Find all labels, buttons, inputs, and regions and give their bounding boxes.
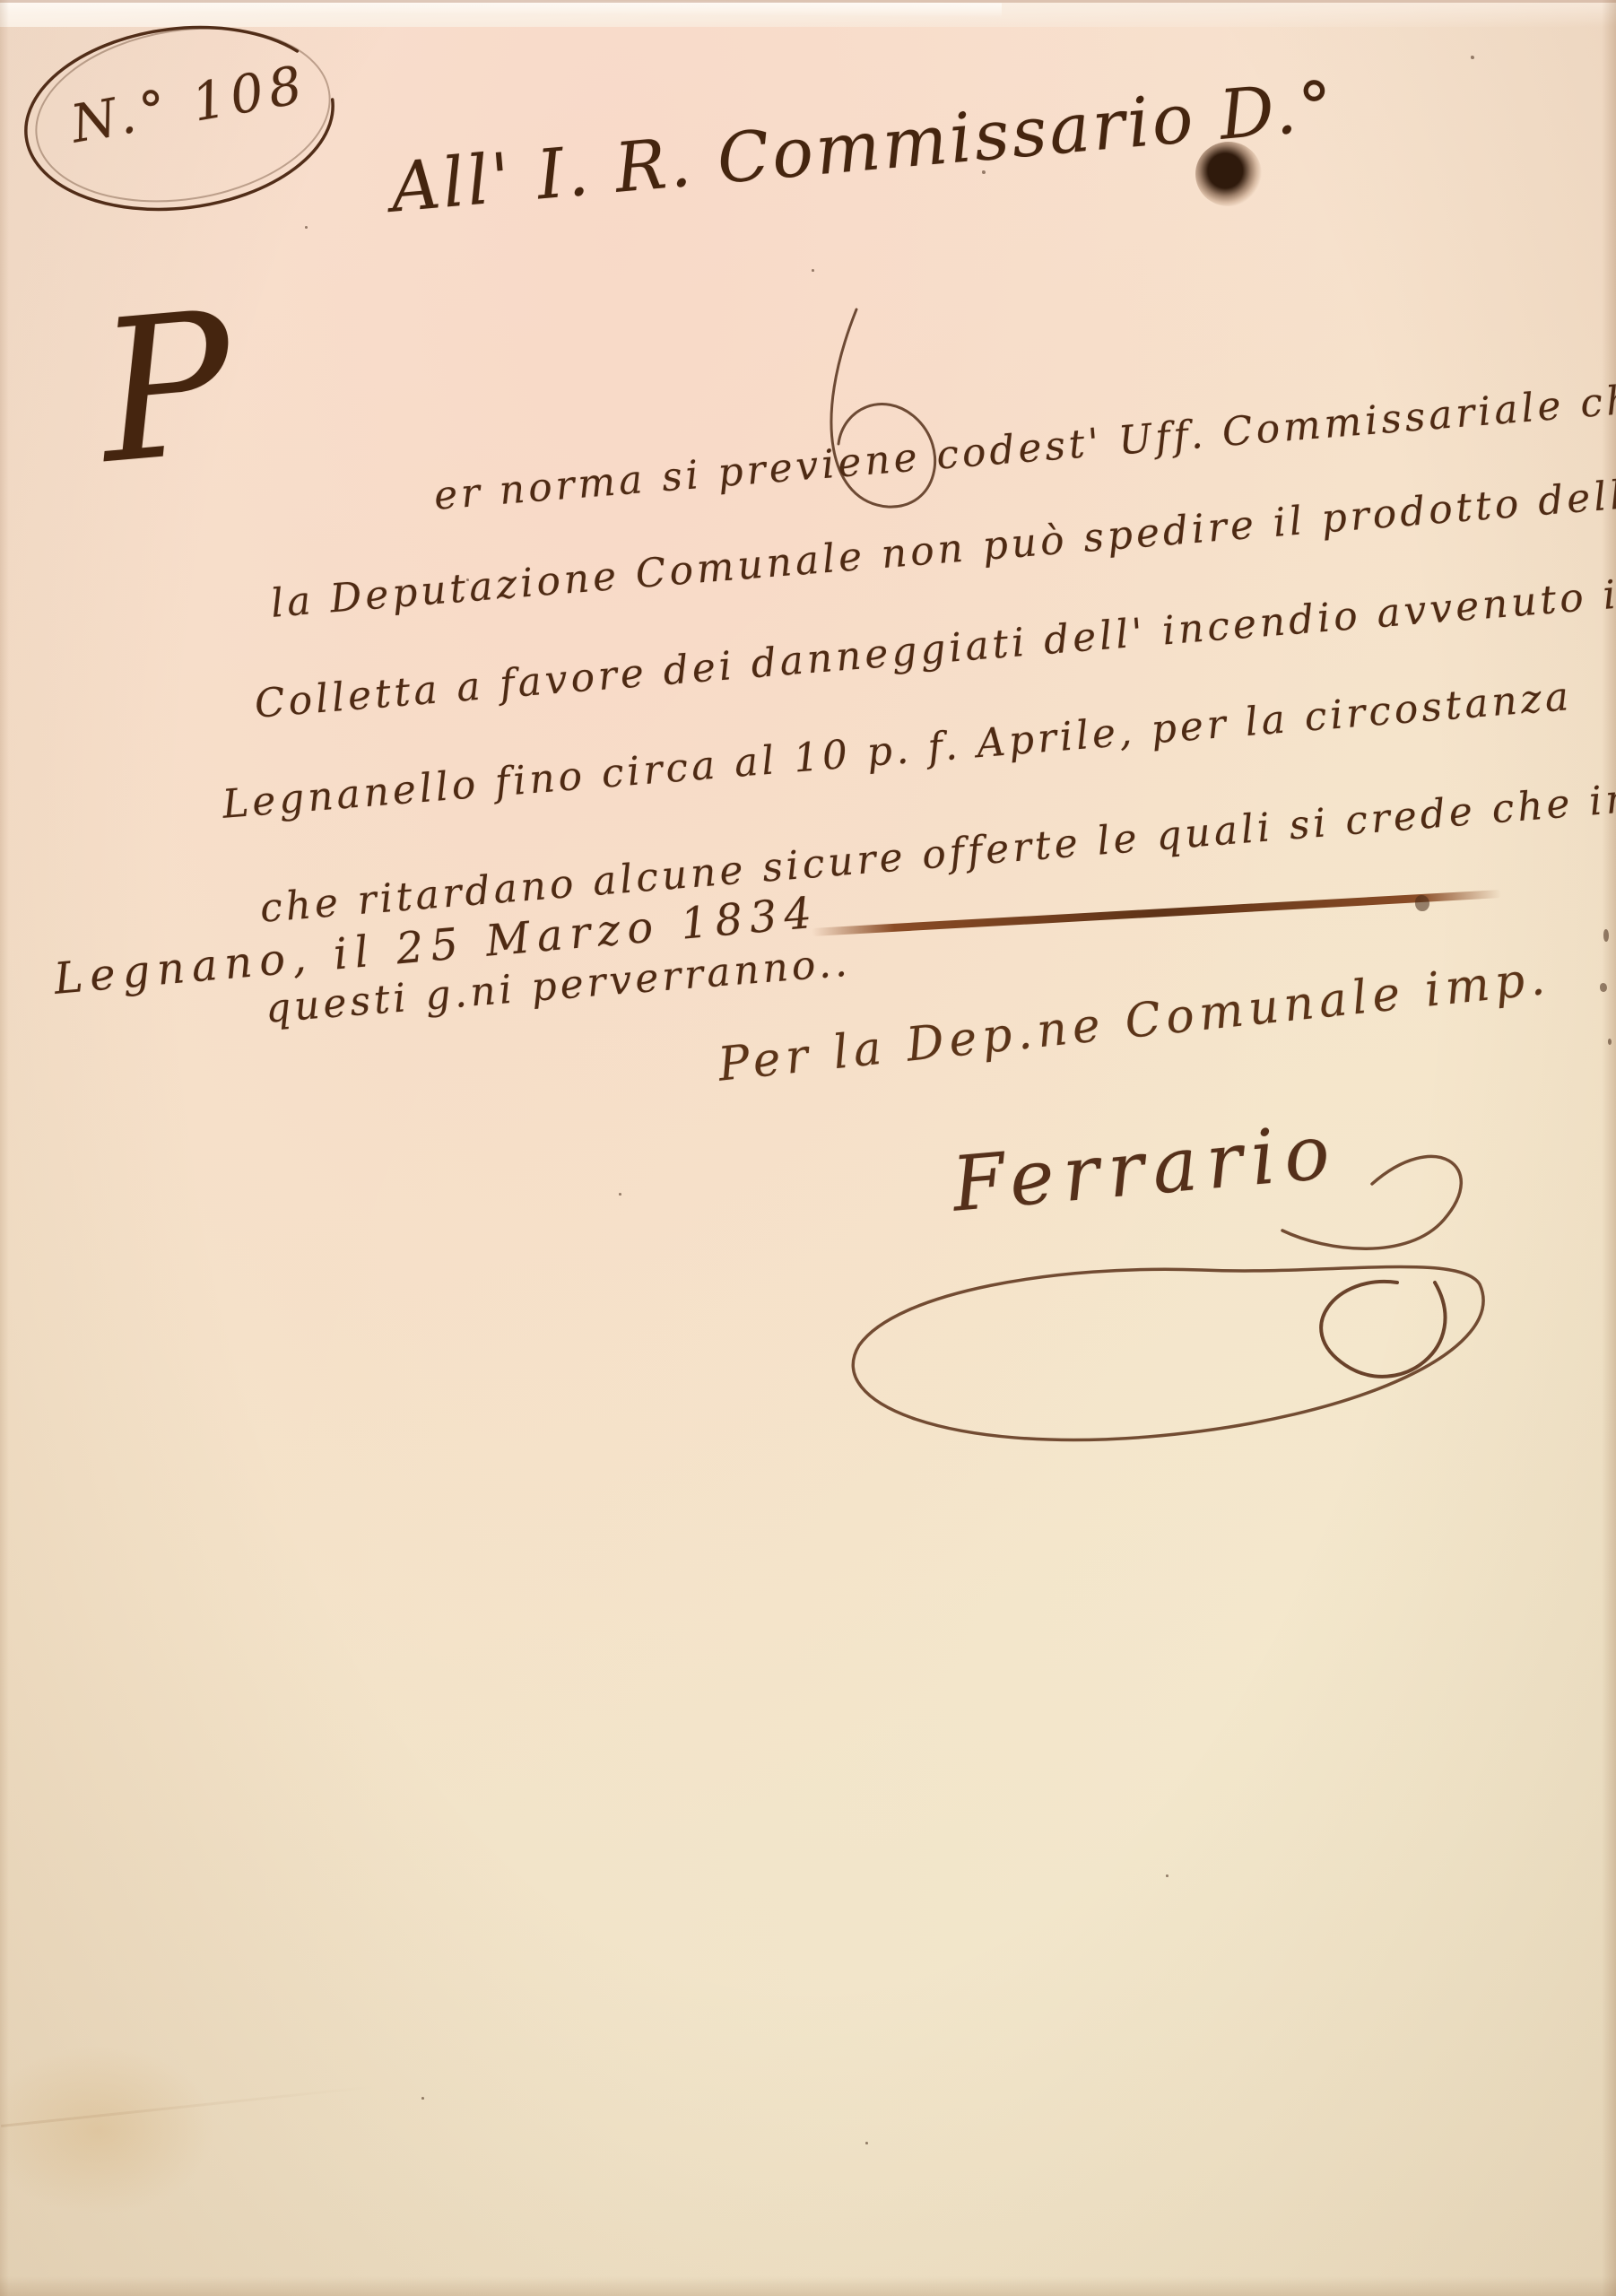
- ink-blot: [1195, 142, 1262, 206]
- closing-rule-stroke: [812, 890, 1501, 936]
- addressee-line: All' I. R. Commissario D.°: [387, 65, 1339, 228]
- registration-number: N.° 108: [66, 53, 311, 154]
- paper-bottom-edge-shadow: [0, 2276, 1616, 2296]
- paper-stain: [0, 2045, 215, 2215]
- signature-name: Ferrario: [949, 1107, 1342, 1228]
- paper-right-edge-shadow: [1602, 0, 1616, 2296]
- pen-flourishes: [0, 0, 1616, 2296]
- scan-top-border: [0, 0, 1616, 3]
- paper-vignette: [0, 0, 1616, 2296]
- paper-left-edge-shadow: [0, 0, 9, 2296]
- body-drop-cap: P: [92, 291, 239, 487]
- handwritten-letter-scan: N.° 108 All' I. R. Commissario D.° P er …: [0, 0, 1616, 2296]
